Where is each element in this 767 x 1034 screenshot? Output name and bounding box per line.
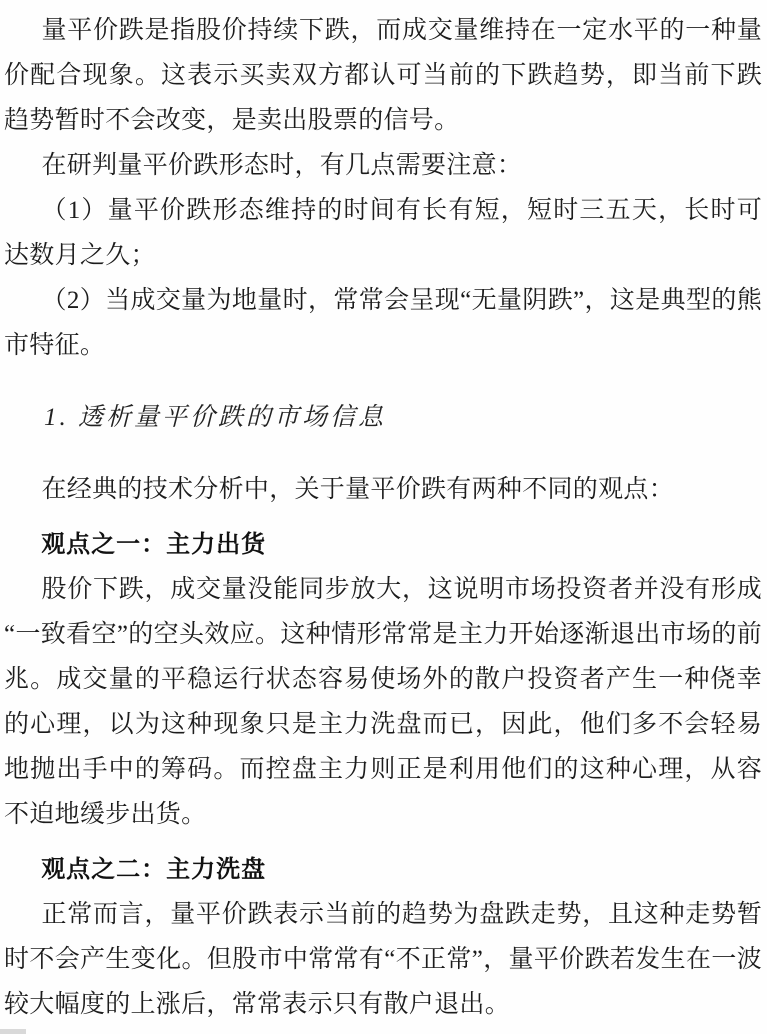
book-page: 量平价跌是指股价持续下跌，而成交量维持在一定水平的一种量价配合现象。这表示买卖双…	[0, 0, 767, 1034]
paragraph-viewpoint-1: 股价下跌，成交量没能同步放大，这说明市场投资者并没有形成“一致看空”的空头效应。…	[4, 567, 762, 837]
paragraph-notes-lead: 在研判量平价跌形态时，有几点需要注意：	[4, 143, 762, 188]
note-item-2: （2）当成交量为地量时，常常会呈现“无量阴跌”，这是典型的熊市特征。	[4, 278, 762, 368]
section-heading: 1. 透析量平价跌的市场信息	[4, 395, 762, 440]
paragraph-viewpoint-2: 正常而言，量平价跌表示当前的趋势为盘跌走势，且这种走势暂时不会产生变化。但股市中…	[4, 892, 762, 1027]
paragraph-intro: 量平价跌是指股价持续下跌，而成交量维持在一定水平的一种量价配合现象。这表示买卖双…	[4, 8, 762, 143]
note-item-1: （1）量平价跌形态维持的时间有长有短，短时三五天，长时可达数月之久；	[4, 188, 762, 278]
subheading-viewpoint-1: 观点之一：主力出货	[4, 522, 762, 567]
scan-artifact	[0, 1029, 26, 1034]
paragraph-viewpoints-lead: 在经典的技术分析中，关于量平价跌有两种不同的观点：	[4, 467, 762, 512]
subheading-viewpoint-2: 观点之二：主力洗盘	[4, 847, 762, 892]
